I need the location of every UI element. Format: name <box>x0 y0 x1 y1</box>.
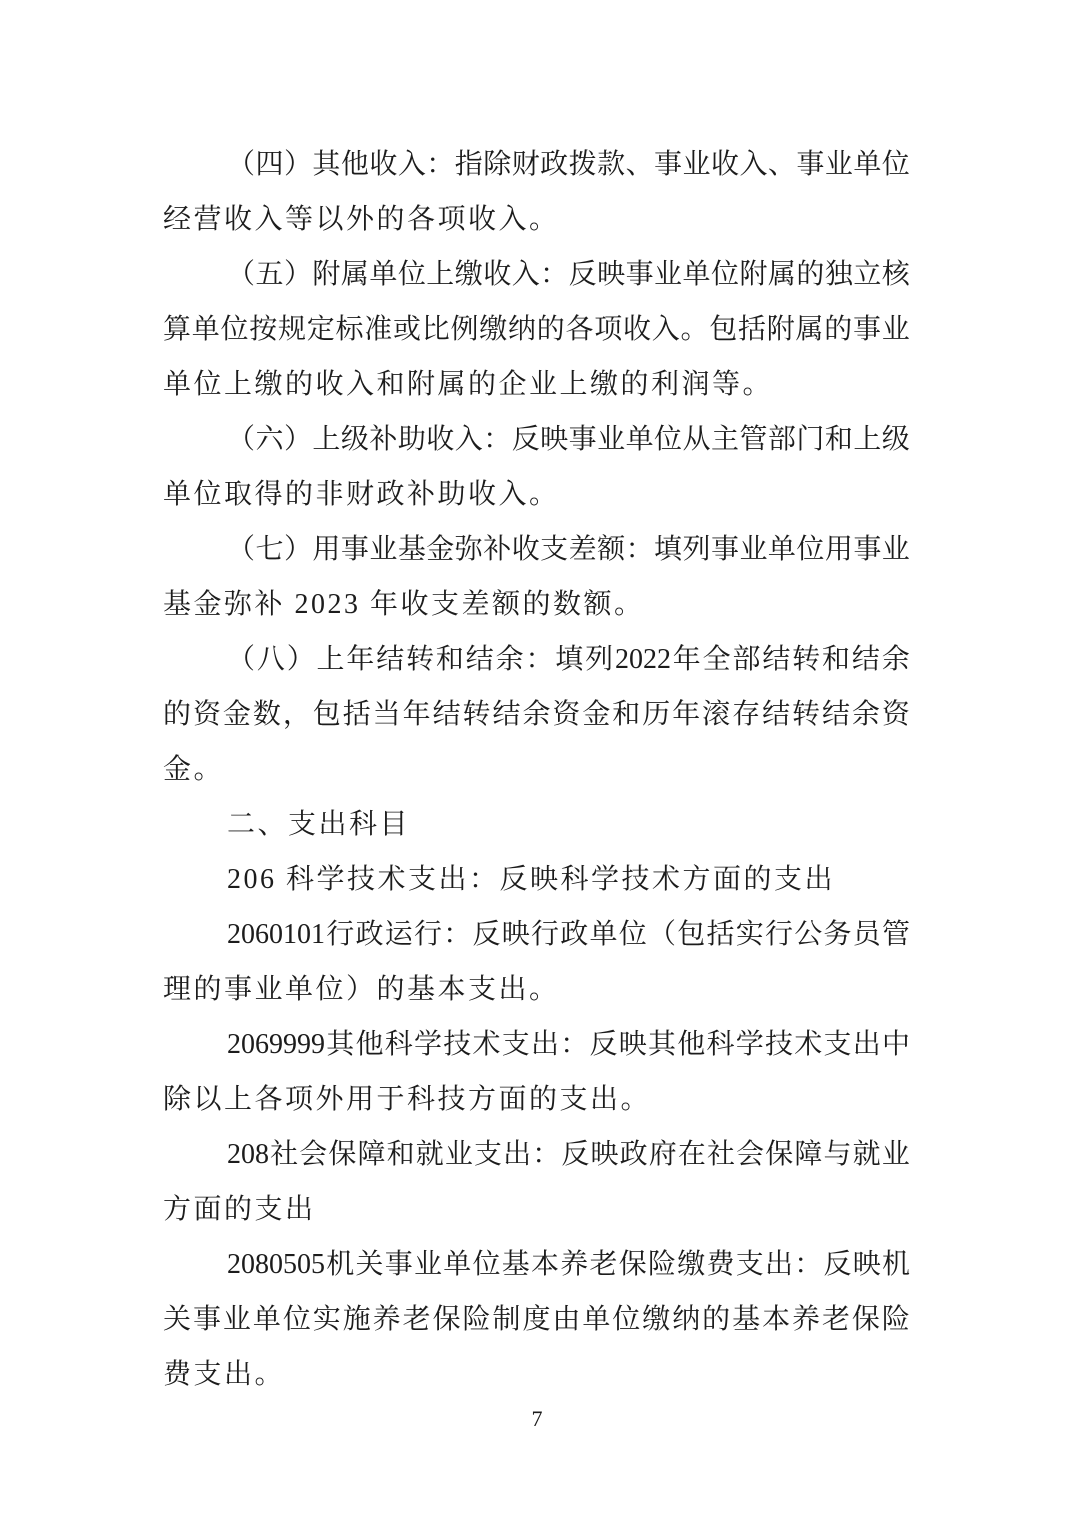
paragraph: 二、支出科目 <box>163 797 910 852</box>
text-line: 2069999其他科学技术支出：反映其他科学技术支出中 <box>163 1017 910 1072</box>
text-line: （七）用事业基金弥补收支差额：填列事业单位用事业 <box>163 522 910 577</box>
text-line: 的资金数，包括当年结转结余资金和历年滚存结转结余资 <box>163 687 910 742</box>
paragraph: （八）上年结转和结余：填列2022年全部结转和结余的资金数，包括当年结转结余资金… <box>163 632 910 797</box>
paragraph: （六）上级补助收入：反映事业单位从主管部门和上级单位取得的非财政补助收入。 <box>163 412 910 522</box>
text-line: 单位取得的非财政补助收入。 <box>163 467 910 522</box>
text-line: 经营收入等以外的各项收入。 <box>163 192 910 247</box>
text-line: 费支出。 <box>163 1347 910 1402</box>
text-line: 方面的支出 <box>163 1182 910 1237</box>
paragraph: 2060101行政运行：反映行政单位（包括实行公务员管理的事业单位）的基本支出。 <box>163 907 910 1017</box>
text-line: 理的事业单位）的基本支出。 <box>163 962 910 1017</box>
text-line: 金。 <box>163 742 910 797</box>
text-line: （四）其他收入：指除财政拨款、事业收入、事业单位 <box>163 137 910 192</box>
paragraph: 2069999其他科学技术支出：反映其他科学技术支出中除以上各项外用于科技方面的… <box>163 1017 910 1127</box>
paragraph: 2080505机关事业单位基本养老保险缴费支出：反映机关事业单位实施养老保险制度… <box>163 1237 910 1402</box>
text-line: 2080505机关事业单位基本养老保险缴费支出：反映机 <box>163 1237 910 1292</box>
text-line: 除以上各项外用于科技方面的支出。 <box>163 1072 910 1127</box>
paragraph: （四）其他收入：指除财政拨款、事业收入、事业单位经营收入等以外的各项收入。 <box>163 137 910 247</box>
paragraph: 208社会保障和就业支出：反映政府在社会保障与就业方面的支出 <box>163 1127 910 1237</box>
page-number: 7 <box>0 1405 1074 1433</box>
paragraph: （七）用事业基金弥补收支差额：填列事业单位用事业基金弥补 2023 年收支差额的… <box>163 522 910 632</box>
text-line: 208社会保障和就业支出：反映政府在社会保障与就业 <box>163 1127 910 1182</box>
document-body: （四）其他收入：指除财政拨款、事业收入、事业单位经营收入等以外的各项收入。（五）… <box>163 137 910 1402</box>
text-line: （五）附属单位上缴收入：反映事业单位附属的独立核 <box>163 247 910 302</box>
text-line: 单位上缴的收入和附属的企业上缴的利润等。 <box>163 357 910 412</box>
text-line: 算单位按规定标准或比例缴纳的各项收入。包括附属的事业 <box>163 302 910 357</box>
paragraph: （五）附属单位上缴收入：反映事业单位附属的独立核算单位按规定标准或比例缴纳的各项… <box>163 247 910 412</box>
text-line: 二、支出科目 <box>163 797 910 852</box>
text-line: （六）上级补助收入：反映事业单位从主管部门和上级 <box>163 412 910 467</box>
text-line: 206 科学技术支出：反映科学技术方面的支出 <box>163 852 910 907</box>
text-line: 2060101行政运行：反映行政单位（包括实行公务员管 <box>163 907 910 962</box>
paragraph: 206 科学技术支出：反映科学技术方面的支出 <box>163 852 910 907</box>
text-line: 基金弥补 2023 年收支差额的数额。 <box>163 577 910 632</box>
text-line: 关事业单位实施养老保险制度由单位缴纳的基本养老保险 <box>163 1292 910 1347</box>
text-line: （八）上年结转和结余：填列2022年全部结转和结余 <box>163 632 910 687</box>
